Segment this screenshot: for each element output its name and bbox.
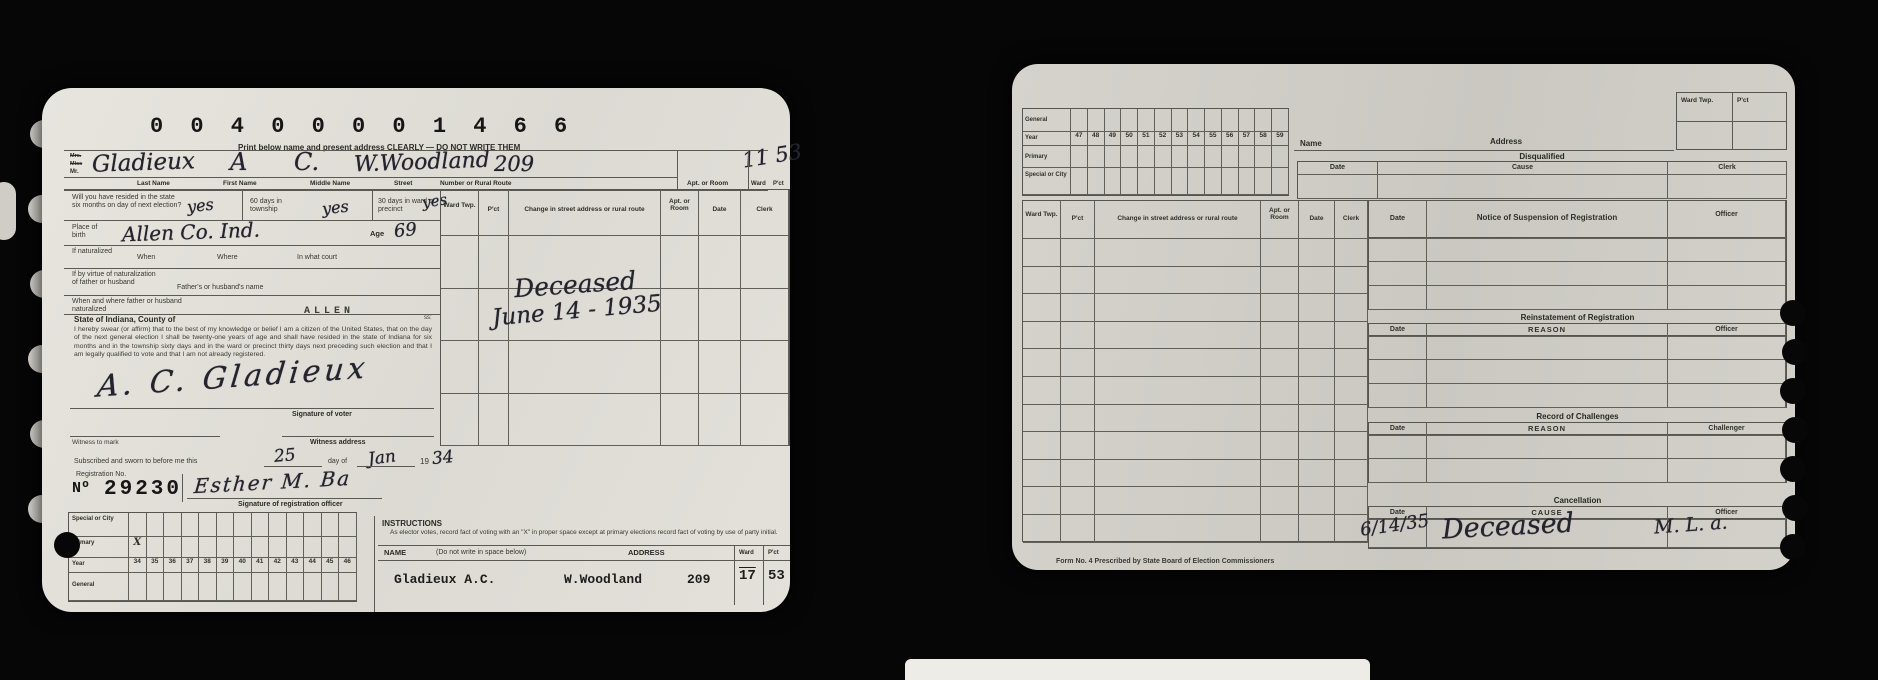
reinstatement-title: Reinstatement of Registration [1368,313,1787,322]
table-cell [164,537,182,558]
table-cell [741,341,789,394]
witness-address-label: Witness address [310,439,366,447]
table-cell [1369,360,1427,384]
table-cell [1261,294,1299,322]
table-cell [164,573,182,601]
table-cell [1255,168,1272,195]
table-cell [661,236,699,289]
rule [734,545,735,605]
year-cell: 38 [199,558,217,573]
table-cell [699,394,741,447]
table-cell [199,573,217,601]
year-cell: 39 [217,558,235,573]
table-cell [1105,168,1122,195]
table-cell [1299,515,1335,543]
table-cell [1023,377,1061,405]
col-header-pct: P'ct [479,190,509,236]
ward-label: Ward [751,180,766,188]
table-cell [1095,294,1261,322]
table-cell [1335,377,1368,405]
rule [70,408,434,409]
rule [378,545,790,546]
table-cell [322,573,340,601]
general-label: General [69,573,129,601]
address-label: Address [1490,138,1522,146]
table-cell [182,573,200,601]
vote-row-special: Special or City [1023,168,1289,195]
table-cell [304,513,322,537]
table-cell [1335,322,1368,350]
table-cell [1299,405,1335,433]
year-cell: 53 [1172,132,1189,146]
typed-name: Gladieux A.C. [394,572,495,587]
table-cell [1261,515,1299,543]
year-cell: 48 [1088,132,1105,146]
year-label: Year [69,558,129,573]
table-cell [1205,146,1222,168]
table-cell [1299,377,1335,405]
table-cell [269,573,287,601]
table-cell [1172,168,1189,195]
table-cell [1335,239,1368,267]
table-cell [1261,460,1299,488]
table-cell [147,513,165,537]
table-cell [1369,384,1427,408]
table-cell [1061,267,1095,295]
table-cell [1272,146,1289,168]
year-cell: 41 [252,558,270,573]
table-cell [1369,238,1427,262]
officer-signature-label: Signature of registration officer [238,501,343,509]
prefix-miss: Miss [70,160,82,168]
handwritten-middle-name: C. [294,148,319,176]
table-cell [1335,294,1368,322]
table-cell [441,289,479,342]
table-cell [1298,175,1378,199]
table-cell [1188,109,1205,132]
table-cell [252,537,270,558]
table-cell [1205,109,1222,132]
table-cell [1427,286,1668,310]
father-label: Father's or husband's name [177,284,263,292]
year-cell: 45 [322,558,340,573]
table-cell [1299,460,1335,488]
table-cell [1061,239,1095,267]
table-cell [1299,239,1335,267]
table-cell [339,537,357,558]
bottom-ward-label: Ward [739,549,754,557]
table-cell [234,513,252,537]
rule [182,474,183,502]
rule [64,177,677,178]
table-cell [1335,432,1368,460]
table-cell [1299,487,1335,515]
table-cell [1668,175,1787,199]
table-cell [129,513,147,537]
pct-label: P'ct [1737,97,1749,105]
table-cell [182,513,200,537]
table-cell [661,289,699,342]
handwritten-last-name: Gladieux [92,148,196,178]
table-cell [304,573,322,601]
col-header-date: Date [1299,201,1335,239]
table-cell [1023,322,1061,350]
table-cell [1255,146,1272,168]
col-header-date: Date [1369,201,1427,239]
table-cell [1023,432,1061,460]
handwritten-ward-pct: 11 53 [740,139,803,172]
left-registration-card: 0 0 4 0 0 0 0 1 4 6 6 Print below name a… [42,88,790,612]
film-hole [1782,417,1808,443]
table-cell [1023,239,1061,267]
naturalized-label: If naturalized [72,248,116,256]
table-cell [164,513,182,537]
table-cell [1138,146,1155,168]
table-cell [1255,109,1272,132]
table-cell [199,513,217,537]
bottom-note: (Do not write in space below) [436,549,526,557]
film-hole [1780,534,1806,560]
reinstatement-header: Date REASON Officer [1368,323,1787,336]
film-hole [1780,300,1806,326]
table-cell [1299,294,1335,322]
typed-address: W.Woodland [564,572,642,587]
table-cell [1172,146,1189,168]
table-cell [1261,405,1299,433]
year-cell: 57 [1239,132,1256,146]
vote-row-primary: Primary [1023,146,1289,168]
year-cell: 51 [1138,132,1155,146]
table-cell [1668,286,1786,310]
no-symbol: Nº [72,480,90,497]
bottom-name-label: NAME [384,549,406,557]
age-value: 69 [393,219,418,242]
oath-text: I hereby swear (or affirm) that to the b… [74,326,432,359]
table-cell [287,537,305,558]
table-cell [1427,336,1668,360]
table-cell [1369,286,1427,310]
col-header-officer: Officer [1668,201,1786,239]
table-cell [1023,405,1061,433]
table-cell [479,341,509,394]
col-header-ward: Ward Twp. [1023,201,1061,239]
table-cell [1222,168,1239,195]
table-cell [1095,515,1261,543]
table-cell [1427,435,1668,459]
vote-row-year: Year 47 48 49 50 51 52 53 54 55 56 57 58… [1023,132,1289,146]
rule [677,150,678,189]
film-hole [1782,339,1808,365]
table-cell [1369,459,1427,483]
table-cell [1261,267,1299,295]
table-cell [661,341,699,394]
table-cell [1188,168,1205,195]
year-cell: 42 [269,558,287,573]
rule [187,498,382,499]
table-cell [1061,294,1095,322]
primary-mark: X [129,537,147,558]
table-cell [741,394,789,447]
table-cell [1427,384,1668,408]
suspension-header: Date Notice of Suspension of Registratio… [1368,200,1787,238]
resided-answer: yes [186,195,215,217]
table-cell [1095,322,1261,350]
table-cell [1061,487,1095,515]
table-cell [1105,109,1122,132]
col-header-date: Date [699,190,741,236]
table-cell [479,236,509,289]
table-cell [1088,146,1105,168]
special-label: Special or City [69,513,129,537]
table-cell [269,513,287,537]
table-cell [1121,109,1138,132]
table-cell [441,236,479,289]
table-cell [1088,109,1105,132]
film-hole [1780,456,1806,482]
birth-label: Place of birth [72,224,106,240]
table-cell [1261,322,1299,350]
table-cell [1299,432,1335,460]
table-cell [1095,487,1261,515]
sworn-day: 25 [273,445,296,467]
table-cell [129,573,147,601]
table-cell [217,537,235,558]
instructions-body: As elector votes, record fact of voting … [390,529,782,537]
year-cell: 34 [129,558,147,573]
resided-question: Will you have resided in the state six m… [72,194,182,210]
challenges-body [1368,435,1787,483]
table-cell [1261,487,1299,515]
table-cell [1272,168,1289,195]
table-cell [147,573,165,601]
rule [242,191,243,220]
registration-number: 29230 [104,478,182,501]
year-cell: 50 [1121,132,1138,146]
street-label: Street [394,180,412,188]
film-hole [1782,495,1808,521]
table-cell [1061,460,1095,488]
table-cell [1668,384,1786,408]
year-cell: 55 [1205,132,1222,146]
rule [1294,150,1674,151]
table-cell [287,573,305,601]
table-cell [1061,349,1095,377]
vote-row-primary: Primary X [69,537,357,558]
table-cell [509,341,661,394]
bottom-pct-label: P'ct [768,549,779,557]
table-cell [252,513,270,537]
table-cell [1369,336,1427,360]
rule [64,268,440,269]
table-cell [1095,239,1261,267]
reinstatement-body [1368,336,1787,408]
name-label: Name [1300,140,1322,148]
handwritten-number: 209 [494,152,534,176]
col-header-change: Change in street address or rural route [509,190,661,236]
table-cell [1261,377,1299,405]
table-cell [1335,405,1368,433]
table-cell [339,513,357,537]
col-header-clerk: Clerk [1668,162,1787,175]
col-header-apt: Apt. or Room [1261,201,1299,239]
general-label: General [1023,109,1071,132]
table-cell [1023,487,1061,515]
table-cell [1272,109,1289,132]
township-question: 60 days in township [250,198,310,214]
table-cell [199,537,217,558]
bottom-address-label: ADDRESS [628,549,665,557]
table-cell [1155,168,1172,195]
table-cell [441,394,479,447]
table-cell [1668,459,1786,483]
table-cell [1378,175,1668,199]
table-cell [1061,432,1095,460]
rule [64,245,440,246]
challenges-header: Date REASON Challenger [1368,422,1787,435]
col-header-clerk: Clerk [1335,201,1368,239]
vote-grid: Special or City Primary X Year 34 35 36 … [68,512,357,602]
primary-label: Primary [1023,146,1071,168]
prefix-mr: Mr. [70,168,79,176]
table-cell [1299,322,1335,350]
table-cell [287,513,305,537]
table-cell [1205,168,1222,195]
table-cell [1155,109,1172,132]
film-edge-blob [0,182,16,240]
col-header-cause: Cause [1378,162,1668,175]
township-answer: yes [321,197,350,219]
table-cell [1095,432,1261,460]
rule [374,516,375,612]
col-header-change: Change in street address or rural route [1095,201,1261,239]
table-cell [1299,349,1335,377]
col-header-clerk: Clerk [741,190,789,236]
table-cell [1138,168,1155,195]
table-cell [1071,109,1088,132]
table-cell [1222,146,1239,168]
table-cell [322,537,340,558]
table-cell [1668,262,1786,286]
rule [282,436,434,437]
col-header-pct: P'ct [1061,201,1095,239]
birth-value: Allen Co. Ind. [122,218,261,247]
typed-ward: 17 [739,568,756,584]
year-cell: 44 [304,558,322,573]
disqualified-title: Disqualified [1297,152,1787,161]
vote-grid: General Year 47 48 49 50 51 52 53 54 55 … [1022,108,1289,196]
table-cell [661,394,699,447]
table-cell [741,289,789,342]
table-cell [1121,168,1138,195]
table-cell [304,537,322,558]
officer-signature: Esther M. Ba [193,466,352,498]
year-cell: 37 [182,558,200,573]
table-cell [1061,405,1095,433]
voter-signature-label: Signature of voter [292,411,352,419]
year-cell: 56 [1222,132,1239,146]
table-cell [1095,267,1261,295]
table-cell [1261,239,1299,267]
table-cell [1335,487,1368,515]
county-stamp: ALLEN [304,306,354,317]
table-cell [1261,432,1299,460]
table-cell [1427,360,1668,384]
year-cell: 59 [1272,132,1289,146]
microfilm-scan: { "left_card": { "stamp_number": "0 0 4 … [0,0,1878,680]
year-cell: 35 [147,558,165,573]
right-registration-card: General Year 47 48 49 50 51 52 53 54 55 … [1012,64,1795,570]
table-cell [1335,460,1368,488]
challenges-title: Record of Challenges [1368,412,1787,421]
col-header-notice: Notice of Suspension of Registration [1427,201,1668,239]
prefix-mrs: Mrs. [70,152,81,160]
witness-mark-label: Witness to mark [72,439,119,447]
table-cell [1121,146,1138,168]
year-label: Year [1023,132,1071,146]
table-cell [1261,349,1299,377]
col-header-apt: Apt. or Room [661,190,699,236]
table-cell [1299,267,1335,295]
table-cell [1105,146,1122,168]
rule [1677,121,1787,122]
year-cell: 52 [1155,132,1172,146]
table-cell [1335,349,1368,377]
table-cell [1138,109,1155,132]
table-cell [1061,515,1095,543]
table-cell [1023,460,1061,488]
address-change-table: Ward Twp. P'ct Change in street address … [1022,200,1368,542]
sworn-prefix: Subscribed and sworn to before me this [74,458,197,466]
table-cell [339,573,357,601]
vote-row-general: General [1023,109,1289,132]
number-label: Number or Rural Route [440,180,512,188]
rule [378,560,790,561]
rule [357,466,415,467]
rule [70,436,220,437]
ward-twp-label: Ward Twp. [1681,97,1721,105]
table-cell [1061,322,1095,350]
rule [64,295,440,296]
year-cell: 40 [234,558,252,573]
table-cell [1239,146,1256,168]
table-cell [1188,146,1205,168]
table-cell [1023,267,1061,295]
year-cell: 46 [339,558,357,573]
pct-label: P'ct [773,180,784,188]
table-cell [1427,238,1668,262]
suspension-body [1368,238,1787,310]
col-header-date: Date [1298,162,1378,175]
special-label: Special or City [1023,168,1071,195]
when-where-label: When and where father or husband natural… [72,298,182,314]
table-cell [1095,349,1261,377]
table-cell [1023,349,1061,377]
table-cell [1335,267,1368,295]
year-cell: 49 [1105,132,1122,146]
table-cell [1095,460,1261,488]
table-cell [182,537,200,558]
instructions-title: INSTRUCTIONS [382,520,442,528]
year-cell: 58 [1255,132,1272,146]
table-cell [322,513,340,537]
age-label: Age [370,230,384,238]
rule [372,191,373,220]
disqualified-table: Date Cause Clerk [1297,161,1787,199]
table-cell [1071,146,1088,168]
vote-row-special: Special or City [69,513,357,537]
year-cell: 36 [164,558,182,573]
table-cell [1668,360,1786,384]
